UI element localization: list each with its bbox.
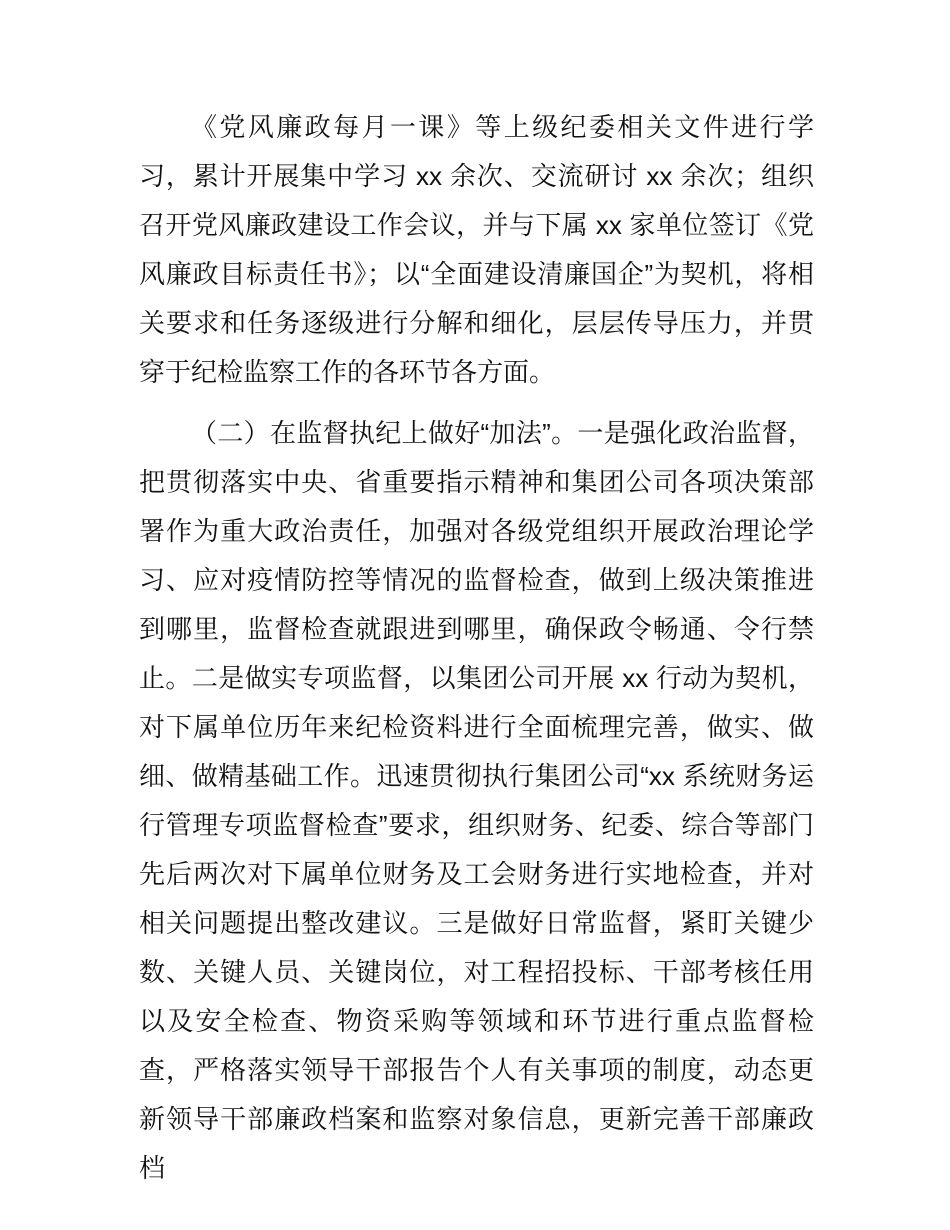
paragraph-supervision-addition: （二）在监督执纪上做好“加法”。一是强化政治监督，把贯彻落实中央、省重要指示精神… [139,409,814,1193]
document-page: 《党风廉政每月一课》等上级纪委相关文件进行学习，累计开展集中学习 xx 余次、交… [0,0,950,1230]
paragraph-study-documents: 《党风廉政每月一课》等上级纪委相关文件进行学习，累计开展集中学习 xx 余次、交… [139,103,814,397]
